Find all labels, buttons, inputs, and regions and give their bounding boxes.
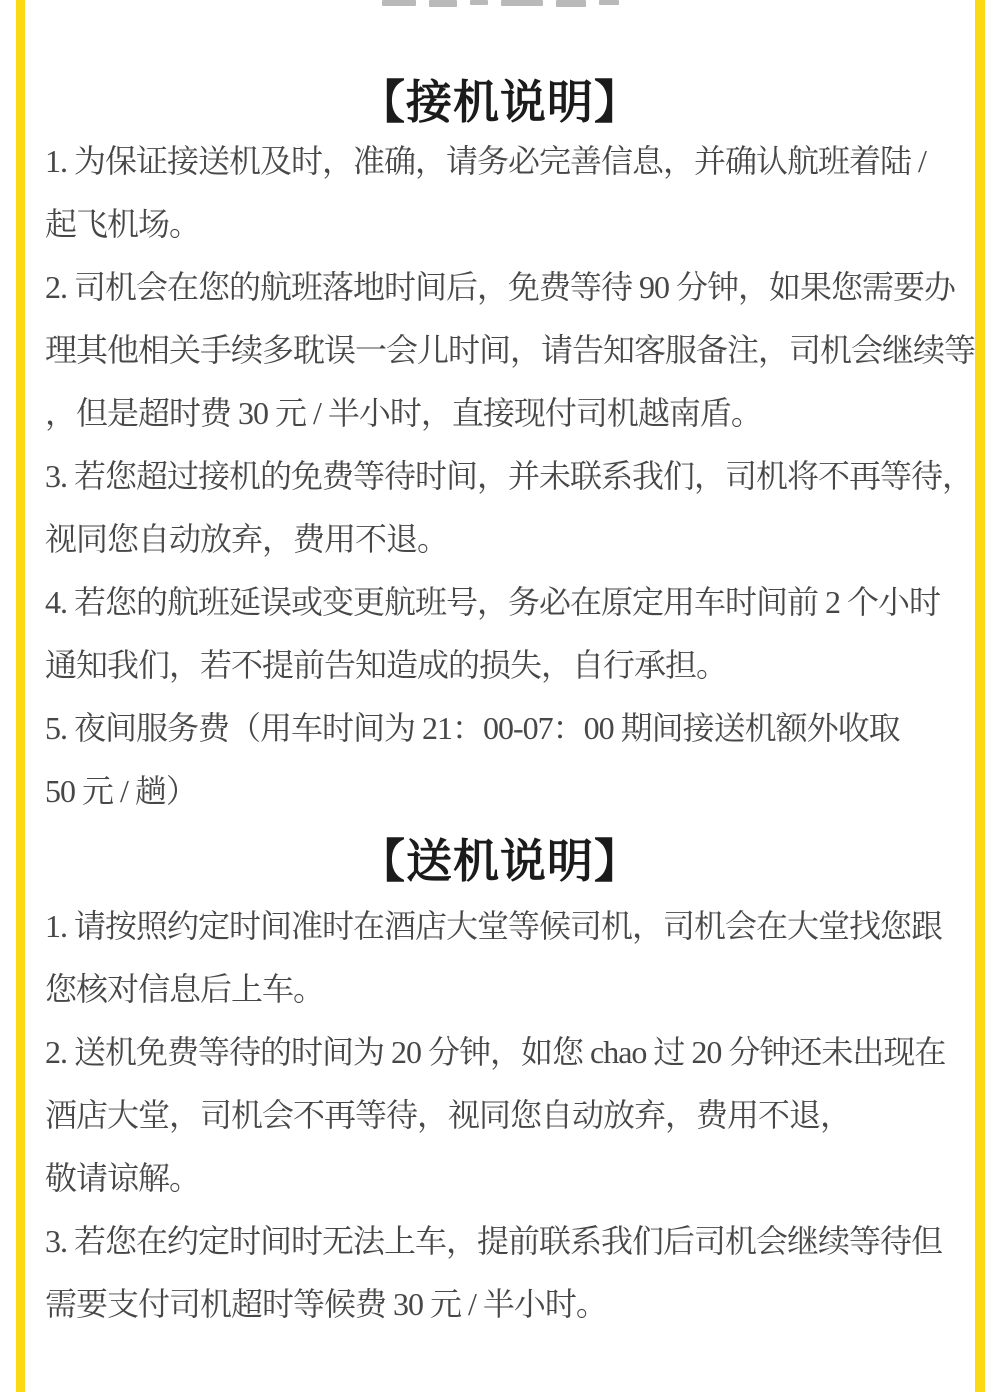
glyph-fragment bbox=[599, 0, 619, 5]
text-line: 5. 夜间服务费（用车时间为 21：00-07：00 期间接送机额外收取 bbox=[45, 697, 970, 760]
glyph-fragment bbox=[556, 0, 586, 7]
dropoff-section-heading: 【送机说明】 bbox=[0, 833, 1000, 889]
glyph-fragment bbox=[501, 0, 543, 6]
pickup-section-body: 1. 为保证接送机及时，准确，请务必完善信息，并确认航班着陆 / 起飞机场。 2… bbox=[45, 130, 970, 823]
pickup-section-heading: 【接机说明】 bbox=[0, 74, 1000, 130]
text-line: 理其他相关手续多耽误一会儿时间，请告知客服备注，司机会继续等 bbox=[45, 319, 970, 382]
glyph-fragment bbox=[382, 0, 416, 6]
text-line: 需要支付司机超时等候费 30 元 / 半小时。 bbox=[45, 1273, 970, 1336]
text-line: 4. 若您的航班延误或变更航班号，务必在原定用车时间前 2 个小时 bbox=[45, 571, 970, 634]
text-line: 2. 司机会在您的航班落地时间后，免费等待 90 分钟，如果您需要办 bbox=[45, 256, 970, 319]
dropoff-section-body: 1. 请按照约定时间准时在酒店大堂等候司机，司机会在大堂找您跟 您核对信息后上车… bbox=[45, 895, 970, 1336]
text-line: 50 元 / 趟） bbox=[45, 760, 970, 823]
text-line: 2. 送机免费等待的时间为 20 分钟，如您 chao 过 20 分钟还未出现在 bbox=[45, 1021, 970, 1084]
text-line: 通知我们，若不提前告知造成的损失，自行承担。 bbox=[45, 634, 970, 697]
text-line: 酒店大堂，司机会不再等待，视同您自动放弃，费用不退， bbox=[45, 1084, 970, 1147]
text-line: 敬请谅解。 bbox=[45, 1147, 970, 1210]
text-line: 3. 若您在约定时间时无法上车，提前联系我们后司机会继续等待但 bbox=[45, 1210, 970, 1273]
text-line: 1. 请按照约定时间准时在酒店大堂等候司机，司机会在大堂找您跟 bbox=[45, 895, 970, 958]
right-yellow-border bbox=[975, 0, 985, 1392]
text-line: ，但是超时费 30 元 / 半小时，直接现付司机越南盾。 bbox=[45, 382, 970, 445]
text-line: 1. 为保证接送机及时，准确，请务必完善信息，并确认航班着陆 / bbox=[45, 130, 970, 193]
text-line: 您核对信息后上车。 bbox=[45, 958, 970, 1021]
text-line: 视同您自动放弃，费用不退。 bbox=[45, 508, 970, 571]
glyph-fragment bbox=[429, 0, 457, 7]
text-line: 3. 若您超过接机的免费等待时间，并未联系我们，司机将不再等待， bbox=[45, 445, 970, 508]
document-page: 【接机说明】 1. 为保证接送机及时，准确，请务必完善信息，并确认航班着陆 / … bbox=[0, 0, 1000, 1392]
left-yellow-border bbox=[16, 0, 25, 1392]
clipped-heading-fragment bbox=[0, 0, 1000, 9]
glyph-fragment bbox=[470, 0, 488, 5]
text-line: 起飞机场。 bbox=[45, 193, 970, 256]
